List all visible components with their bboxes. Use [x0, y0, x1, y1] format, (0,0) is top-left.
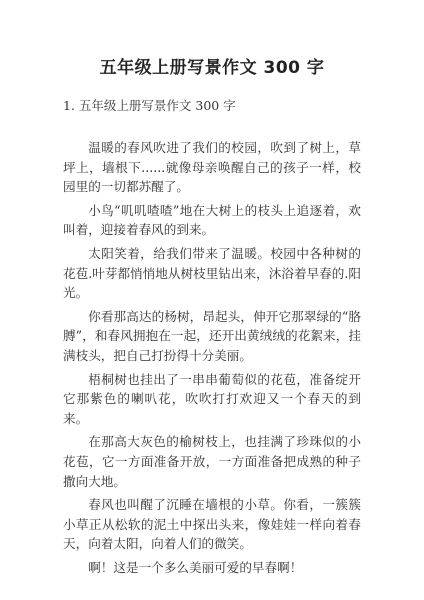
paragraph: 啊！这是一个多么美丽可爱的早春啊！	[63, 558, 361, 578]
paragraph: 温暖的春风吹进了我们的校园，吹到了树上，草坪上，墙根下......就像母亲唤醒自…	[63, 138, 361, 197]
paragraph: 在那高大灰色的榆树枝上，也挂满了珍珠似的小花苞，它一方面准备开放，一方面准备把成…	[63, 432, 361, 491]
section-heading: 1. 五年级上册写景作文 300 字	[63, 96, 236, 114]
paragraph: 你看那高达的杨树，昂起头，伸开它那翠绿的“胳膊”，和春风拥抱在一起，还开出黄绒绒…	[63, 307, 361, 366]
essay-body: 温暖的春风吹进了我们的校园，吹到了树上，草坪上，墙根下......就像母亲唤醒自…	[63, 138, 361, 581]
paragraph: 太阳笑着，给我们带来了温暖。校园中各种树的花苞.叶芽都悄悄地从树枝里钻出来，沐浴…	[63, 244, 361, 303]
document-title: 五年级上册写景作文 300 字	[0, 53, 424, 78]
paragraph: 春风也叫醒了沉睡在墙根的小草。你看，一簇簇小草正从松软的泥土中探出头来，像娃娃一…	[63, 495, 361, 554]
paragraph: 梧桐树也挂出了一串串葡萄似的花苞，准备绽开它那紫色的喇叭花，吹吹打打欢迎又一个春…	[63, 370, 361, 429]
paragraph: 小鸟“叽叽喳喳”地在大树上的枝头上追逐着，欢叫着，迎接着春风的到来。	[63, 201, 361, 240]
document-page: 五年级上册写景作文 300 字 1. 五年级上册写景作文 300 字 温暖的春风…	[0, 0, 424, 600]
